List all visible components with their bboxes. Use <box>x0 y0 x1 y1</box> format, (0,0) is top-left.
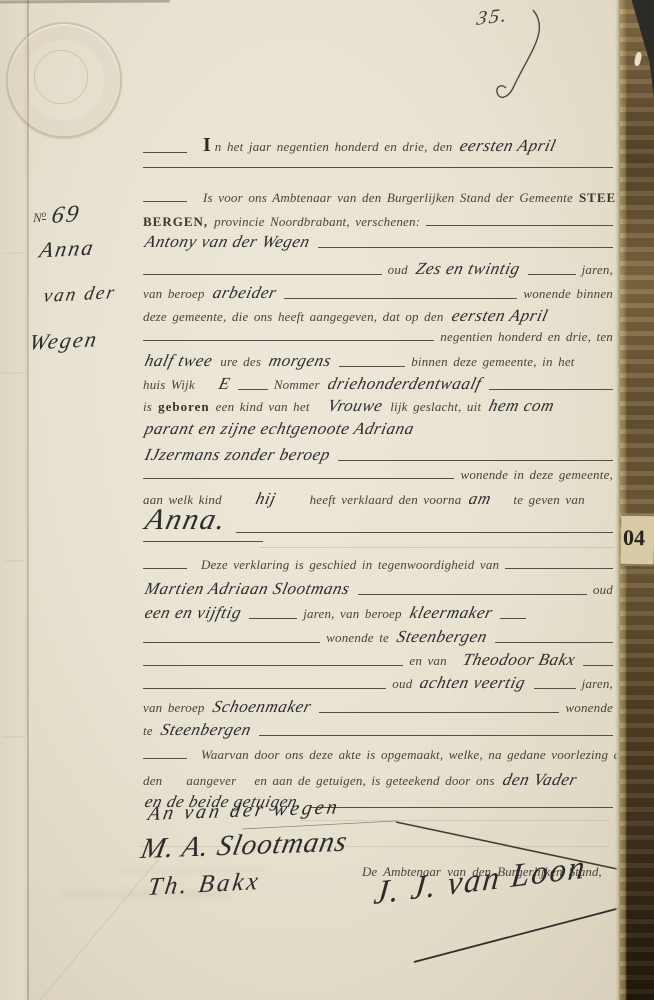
page-left-edge <box>27 0 29 1000</box>
handwritten-text: Antony van der Wegen <box>143 232 312 252</box>
printed-text: wonende in deze gemeente, <box>460 467 613 483</box>
printed-text: jaren, van beroep <box>303 606 402 622</box>
form-line: Waarvan door ons deze akte is opgemaakt,… <box>140 747 616 763</box>
embossed-seal <box>6 22 122 138</box>
form-line: isgeboreneen kind van hetVrouwelijk gesl… <box>140 396 616 416</box>
printed-text: wonende <box>565 700 613 716</box>
blank-rule <box>319 712 560 713</box>
printed-text: ure des <box>220 354 261 370</box>
bleed-through-mark <box>4 252 24 254</box>
form-line <box>140 167 616 172</box>
handwritten-text: eersten April <box>449 306 549 326</box>
blank-rule <box>143 478 454 479</box>
page-gutter <box>0 0 28 1000</box>
printed-text-bold: geboren <box>158 399 210 415</box>
form-line: oudZes en twintigjaren, <box>140 259 616 279</box>
handwritten-text: Schoenmaker <box>210 697 313 717</box>
handwritten-text-large: Anna. <box>142 503 231 537</box>
printed-text: een kind van het <box>216 399 310 415</box>
blank-rule <box>534 688 576 689</box>
printed-text: van beroep <box>143 286 205 302</box>
blank-rule <box>338 460 613 461</box>
faint-rule <box>260 547 614 548</box>
blank-rule <box>339 366 405 367</box>
blank-rule <box>318 247 613 248</box>
form-line: Anna. <box>140 503 616 537</box>
spacer <box>190 568 198 569</box>
spacer <box>165 784 183 785</box>
form-line: teSteenbergen <box>140 720 616 740</box>
printed-text: provincie Noordbrabant, verschenen: <box>214 214 420 230</box>
printed-text: van beroep <box>143 700 205 716</box>
printed-text: den <box>143 773 162 789</box>
handwritten-text: Steenbergen <box>395 627 490 647</box>
blank-rule <box>143 340 434 341</box>
bleed-through-mark <box>3 372 25 374</box>
handwritten-text: arbeider <box>210 283 278 303</box>
blank-rule <box>528 274 576 275</box>
spacer <box>190 150 200 151</box>
handwritten-text: Theodoor Bakx <box>461 650 578 670</box>
handwritten-text: den Vader <box>500 770 578 790</box>
blank-rule <box>143 665 403 666</box>
handwritten-text: driehonderdentwaalf <box>325 374 483 394</box>
printed-text: oud <box>388 262 408 278</box>
printed-text: en van <box>409 653 447 669</box>
printed-text: Deze verklaring is geschied in tegenwoor… <box>201 557 499 573</box>
printed-text: deze gemeente, die ons heeft aangegeven,… <box>143 309 444 325</box>
blank-rule <box>143 167 613 168</box>
margin-name-line: Anna <box>37 235 97 264</box>
printed-text: binnen deze gemeente, in het <box>411 354 574 370</box>
blank-rule <box>236 532 613 533</box>
handwritten-text: E <box>217 374 233 394</box>
form-line: denaangeveren aan de getuigen, is geteek… <box>140 770 616 790</box>
faint-rule <box>300 820 610 821</box>
blank-rule <box>500 618 526 619</box>
printed-text: en aan de getuigen, is geteekend door on… <box>254 773 494 789</box>
form-line: oudachten veertigjaren, <box>140 673 616 693</box>
form-line: Antony van der Wegen <box>140 232 616 252</box>
printed-text: te <box>143 723 153 739</box>
blank-rule <box>249 618 297 619</box>
handwritten-text: parant en zijne echtgenoote Adriana <box>143 419 417 439</box>
blank-rule <box>284 298 517 299</box>
margin-name-line: van der <box>42 282 118 308</box>
page-number: 35. <box>475 4 510 31</box>
handwritten-text: Vrouwe <box>325 396 384 416</box>
blank-rule <box>310 807 613 808</box>
handwritten-text: kleermaker <box>407 603 494 623</box>
handwritten-text: achten veertig <box>418 673 528 693</box>
form-line: een en vijftigjaren, van beroepkleermake… <box>140 603 616 623</box>
printed-text: n het jaar negentien honderd en drie, de… <box>215 139 453 155</box>
printed-text: Waarvan door ons deze akte is opgemaakt,… <box>201 747 634 763</box>
printed-text: Is voor ons Ambtenaar van den Burgerlijk… <box>203 190 573 206</box>
handwritten-text: Zes en twintig <box>413 259 521 279</box>
form-line: en vanTheodoor Bakx <box>140 650 616 670</box>
handwritten-text: hem com <box>487 396 557 416</box>
spacer <box>198 388 214 389</box>
form-line <box>140 541 270 546</box>
scanned-birth-record: { "page_number": "35.", "margin_note": {… <box>0 0 654 1000</box>
form-line: deze gemeente, die ons heeft aangegeven,… <box>140 306 616 326</box>
handwritten-text: eersten April <box>458 136 558 156</box>
printed-text: huis Wijk <box>143 377 195 393</box>
blank-rule <box>143 541 263 542</box>
form-line: Is voor ons Ambtenaar van den Burgerlijk… <box>140 190 616 206</box>
printed-text: lijk geslacht, uit <box>390 399 481 415</box>
printed-text: oud <box>392 676 412 692</box>
act-number-block: No69 <box>33 202 80 229</box>
form-line: Martien Adriaan Slootmansoud <box>140 579 616 599</box>
book-binding-edge <box>620 0 654 1000</box>
form-line: huis WijkENommerdriehonderdentwaalf <box>140 374 616 394</box>
printed-text: wonende te <box>326 630 389 646</box>
blank-rule <box>143 568 187 569</box>
printed-dropcap: I <box>203 134 211 157</box>
no-label: N <box>33 210 42 225</box>
blank-rule <box>238 389 268 390</box>
handwritten-text: een en vijftig <box>143 603 244 623</box>
printed-text: is <box>143 399 152 415</box>
blank-rule <box>143 758 187 759</box>
form-line: half tweeure desmorgensbinnen deze gemee… <box>140 351 616 371</box>
blank-rule <box>143 274 382 275</box>
printed-text: negentien honderd en drie, ten <box>440 329 613 345</box>
printed-text: jaren, <box>582 262 613 278</box>
handwritten-text: IJzermans zonder beroep <box>143 445 333 465</box>
act-number: 69 <box>50 201 83 230</box>
spacer <box>190 758 198 759</box>
spacer <box>190 201 200 202</box>
form-line: BERGEN,provincie Noordbrabant, verschene… <box>140 214 616 230</box>
form-line: parant en zijne echtgenoote Adriana <box>140 419 616 439</box>
handwritten-text: Martien Adriaan Slootmans <box>143 579 352 599</box>
blank-rule <box>495 642 613 643</box>
blank-rule <box>143 688 386 689</box>
form-line: IJzermans zonder beroep <box>140 445 616 465</box>
spacer <box>450 664 458 665</box>
form-line: In het jaar negentien honderd en drie, d… <box>140 134 616 157</box>
form-line: van beroeparbeiderwonende binnen <box>140 283 616 303</box>
spacer <box>239 784 251 785</box>
form-line: van beroepSchoenmakerwonende <box>140 697 616 717</box>
blank-rule <box>426 225 613 226</box>
printed-text-bold: BERGEN, <box>143 214 208 230</box>
margin-name-line: Wegen <box>27 326 100 356</box>
printed-text: wonende binnen <box>523 286 613 302</box>
no-label-sup: o <box>42 209 47 220</box>
printed-text: oud <box>593 582 613 598</box>
form-line: wonende in deze gemeente, <box>140 467 616 483</box>
form-line: Deze verklaring is geschied in tegenwoor… <box>140 557 616 573</box>
blank-rule <box>489 389 613 390</box>
handwritten-text: Steenbergen <box>158 720 253 740</box>
blank-rule <box>143 642 320 643</box>
blank-rule <box>143 152 187 153</box>
blank-rule <box>505 568 613 569</box>
bleed-through-mark <box>3 736 25 738</box>
form-line: negentien honderd en drie, ten <box>140 329 616 345</box>
bleed-through-mark <box>4 560 24 562</box>
blank-rule <box>143 201 187 202</box>
blank-rule <box>358 594 587 595</box>
form-line: wonende teSteenbergen <box>140 627 616 647</box>
spine-label: 04 <box>621 514 654 567</box>
blank-rule <box>259 735 613 736</box>
handwritten-text: morgens <box>267 351 334 371</box>
printed-text: jaren, <box>582 676 613 692</box>
printed-text: aangever <box>186 773 236 789</box>
handwritten-text: half twee <box>143 351 215 371</box>
blank-rule <box>583 665 613 666</box>
printed-text: Nommer <box>274 377 320 393</box>
spacer <box>313 410 323 411</box>
